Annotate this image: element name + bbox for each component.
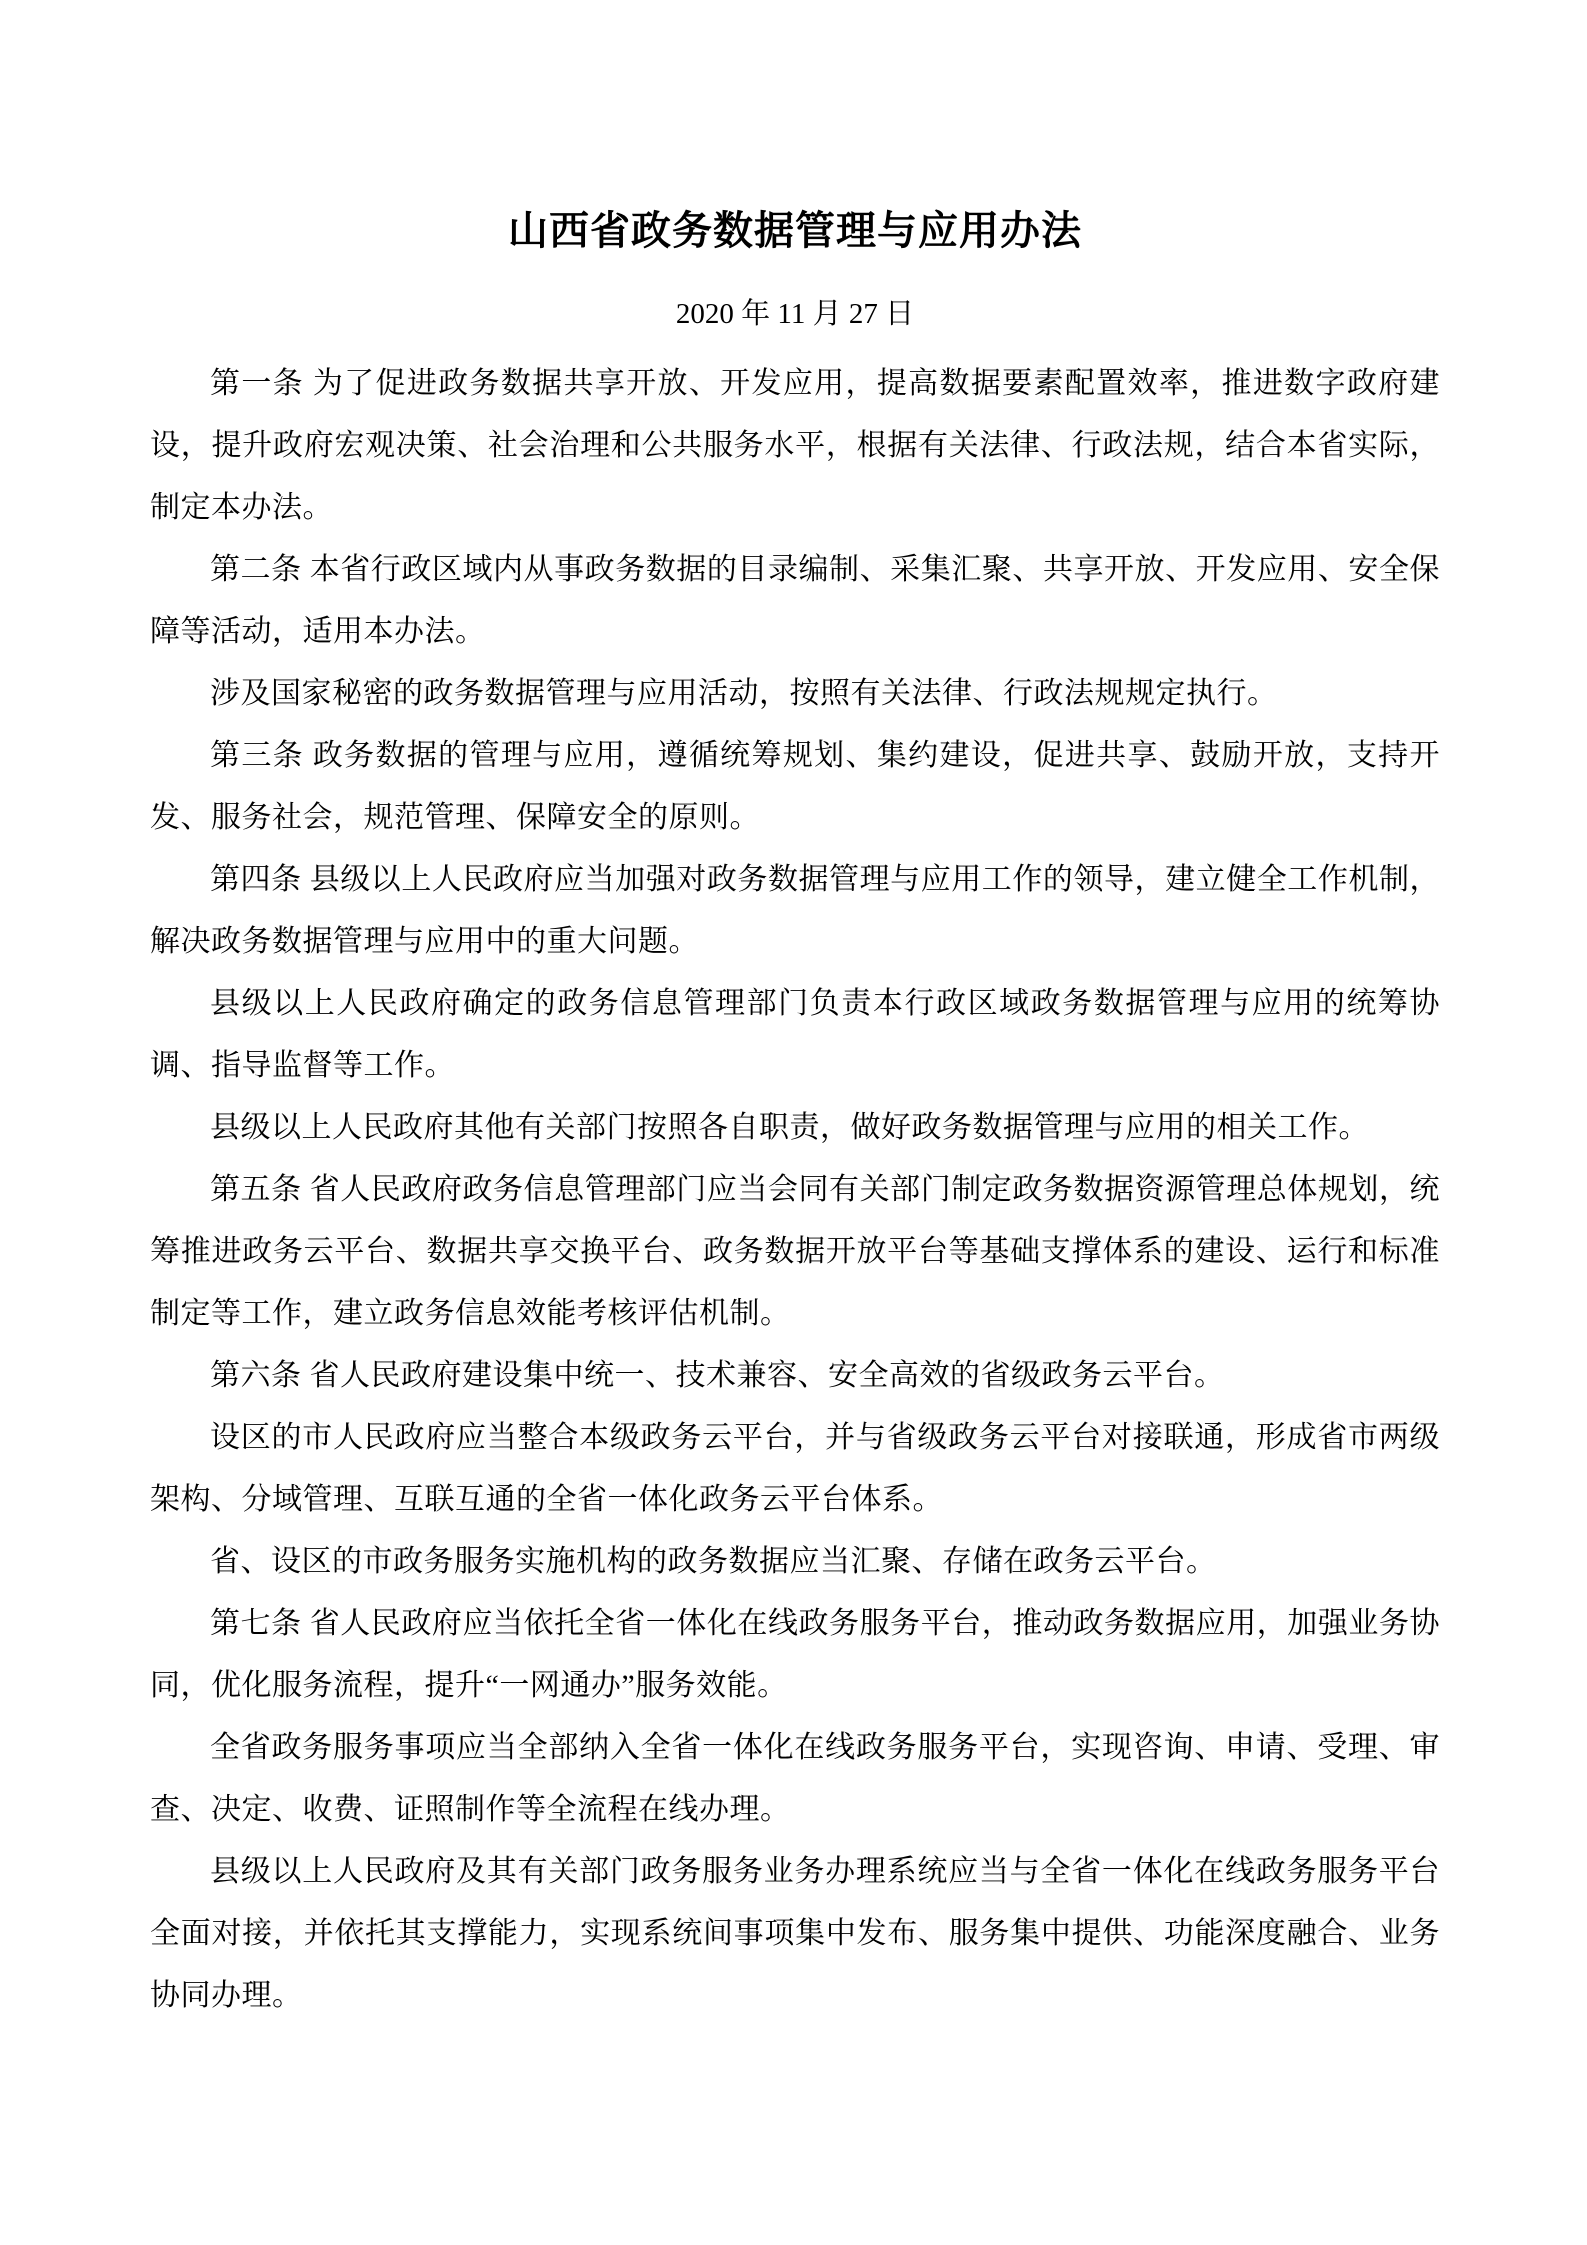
document-page: 山西省政务数据管理与应用办法 2020 年 11 月 27 日 第一条 为了促进… — [0, 0, 1587, 2245]
paragraph: 第三条 政务数据的管理与应用，遵循统筹规划、集约建设，促进共享、鼓励开放，支持开… — [150, 725, 1440, 849]
paragraph: 县级以上人民政府其他有关部门按照各自职责，做好政务数据管理与应用的相关工作。 — [150, 1097, 1440, 1159]
paragraph: 第七条 省人民政府应当依托全省一体化在线政务服务平台，推动政务数据应用，加强业务… — [150, 1593, 1440, 1717]
paragraph: 县级以上人民政府确定的政务信息管理部门负责本行政区域政务数据管理与应用的统筹协调… — [150, 973, 1440, 1097]
paragraph: 全省政务服务事项应当全部纳入全省一体化在线政务服务平台，实现咨询、申请、受理、审… — [150, 1717, 1440, 1841]
document-body: 第一条 为了促进政务数据共享开放、开发应用，提高数据要素配置效率，推进数字政府建… — [150, 353, 1440, 2027]
paragraph: 第一条 为了促进政务数据共享开放、开发应用，提高数据要素配置效率，推进数字政府建… — [150, 353, 1440, 539]
paragraph: 第五条 省人民政府政务信息管理部门应当会同有关部门制定政务数据资源管理总体规划，… — [150, 1159, 1440, 1345]
paragraph: 第二条 本省行政区域内从事政务数据的目录编制、采集汇聚、共享开放、开发应用、安全… — [150, 539, 1440, 663]
paragraph: 县级以上人民政府及其有关部门政务服务业务办理系统应当与全省一体化在线政务服务平台… — [150, 1841, 1440, 2027]
document-title: 山西省政务数据管理与应用办法 — [150, 205, 1440, 257]
paragraph: 设区的市人民政府应当整合本级政务云平台，并与省级政务云平台对接联通，形成省市两级… — [150, 1407, 1440, 1531]
paragraph: 第六条 省人民政府建设集中统一、技术兼容、安全高效的省级政务云平台。 — [150, 1345, 1440, 1407]
paragraph: 涉及国家秘密的政务数据管理与应用活动，按照有关法律、行政法规规定执行。 — [150, 663, 1440, 725]
paragraph: 省、设区的市政务服务实施机构的政务数据应当汇聚、存储在政务云平台。 — [150, 1531, 1440, 1593]
paragraph: 第四条 县级以上人民政府应当加强对政务数据管理与应用工作的领导，建立健全工作机制… — [150, 849, 1440, 973]
document-date: 2020 年 11 月 27 日 — [150, 297, 1440, 331]
